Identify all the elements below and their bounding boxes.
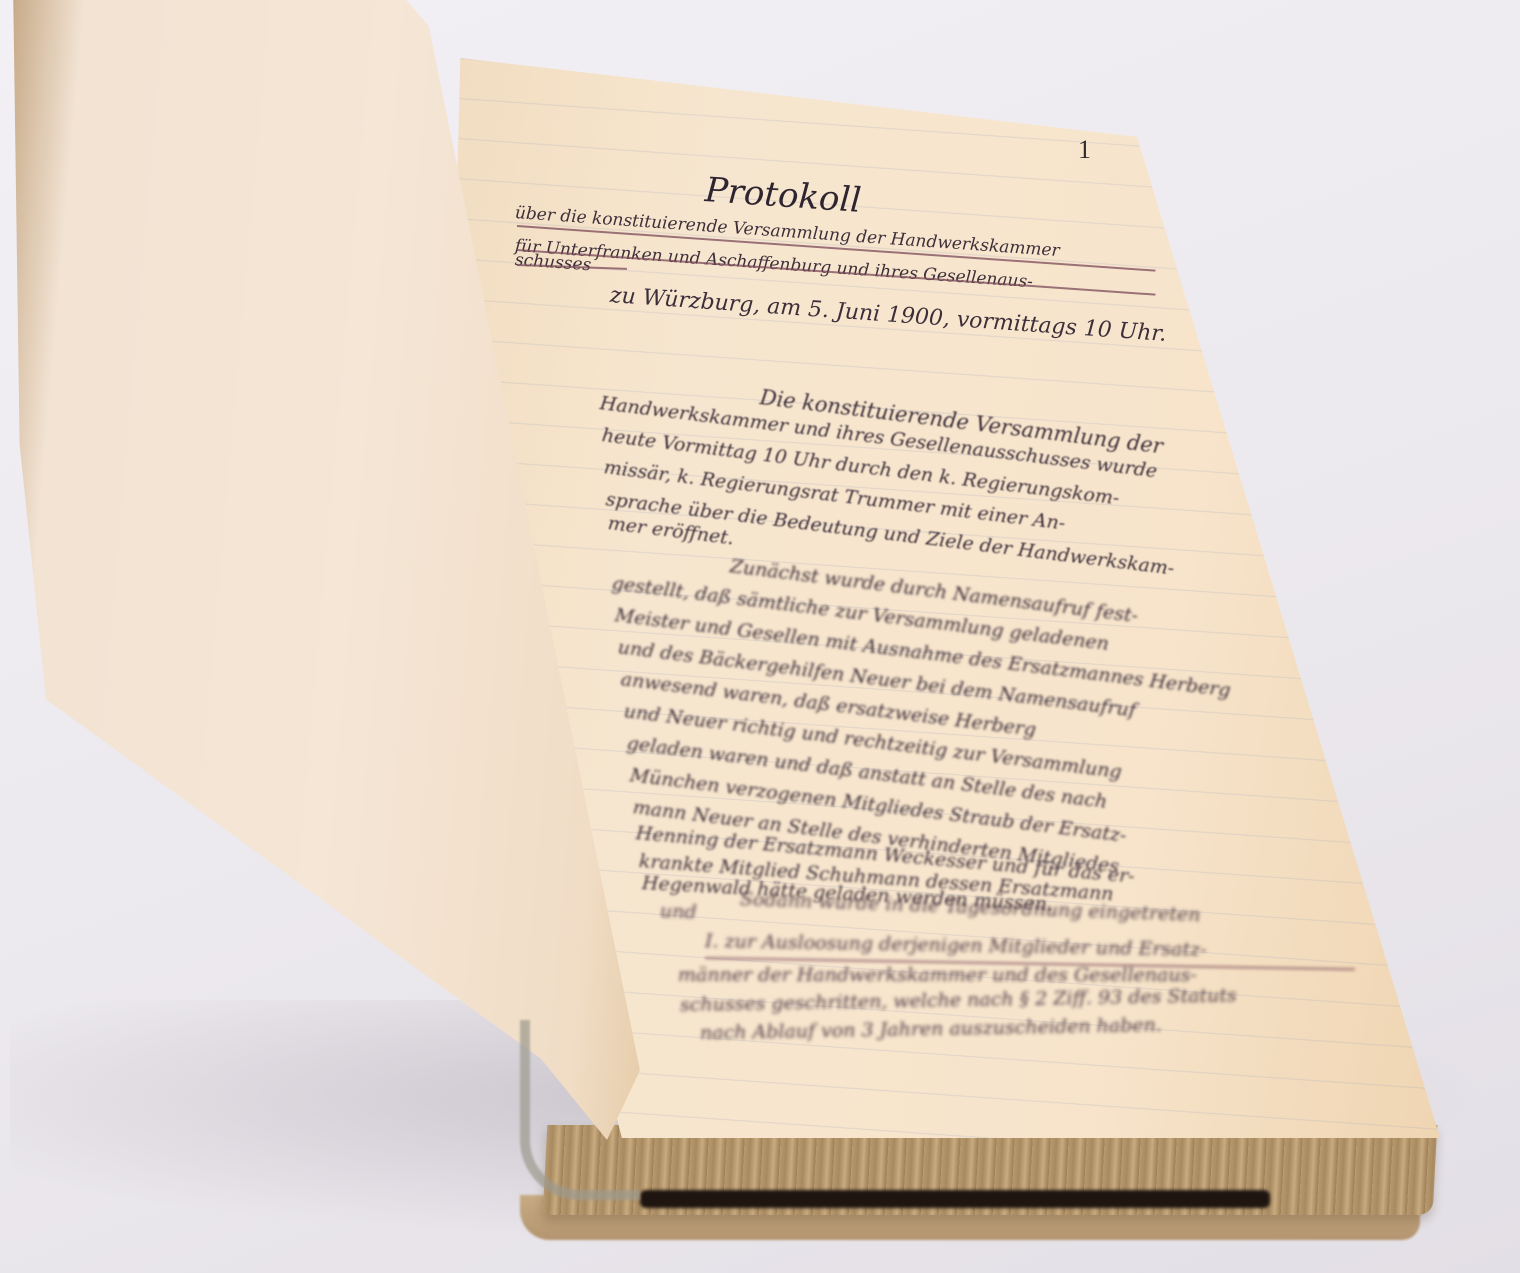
page-number: 1 (1078, 135, 1091, 165)
body-line: männer der Handwerkskammer und des Gesel… (678, 964, 1197, 986)
photo-scene: 1 Protokoll über die konstituierende Ver… (0, 0, 1520, 1273)
spine-gap (640, 1190, 1270, 1208)
page-curl (520, 1020, 640, 1200)
body-line: und (660, 900, 697, 923)
